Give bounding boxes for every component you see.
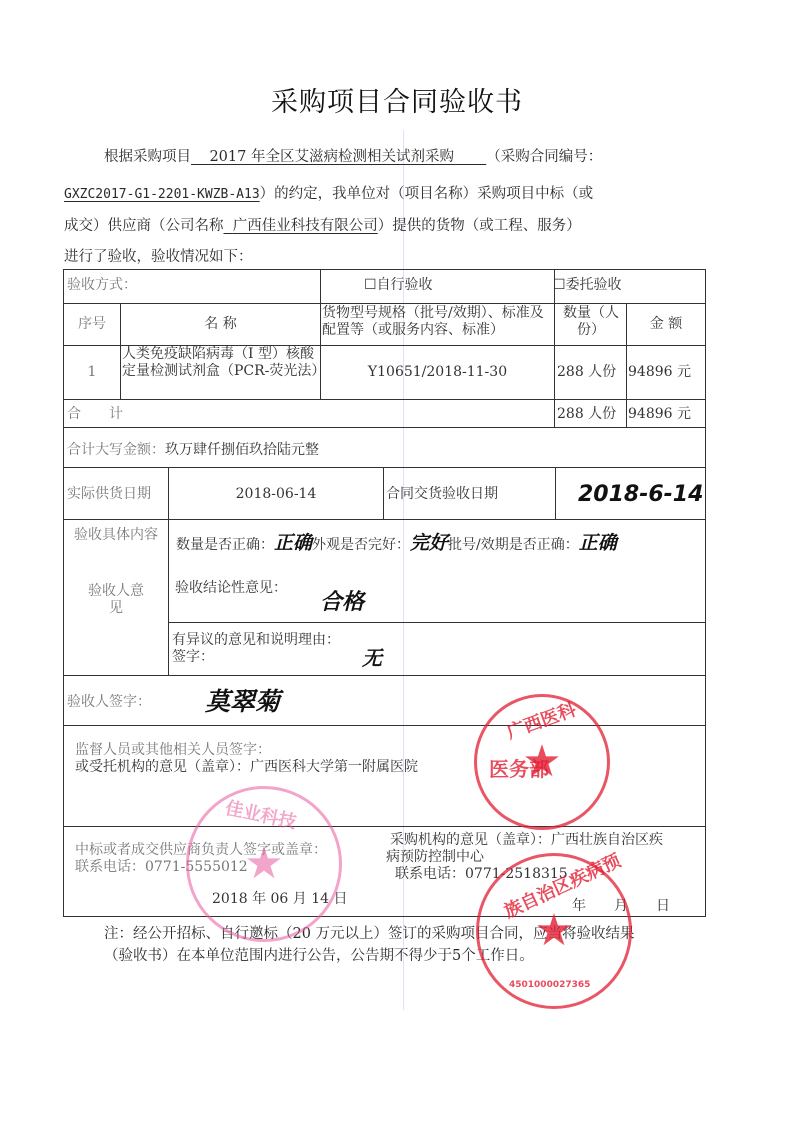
total-amount: 94896 元 <box>628 406 691 423</box>
quantity-check-value: 正确 <box>274 532 312 554</box>
option-self-acceptance[interactable]: ☐自行验收 <box>364 277 433 294</box>
intro-line-3: 成交）供应商（公司名称 广西佳业科技有限公司）提供的货物（或工程、服务） <box>64 214 581 235</box>
intro-line-1: 根据采购项目 2017 年全区艾滋病检测相关试剂采购 （采购合同编号： <box>104 145 602 166</box>
header-no: 序号 <box>64 316 120 333</box>
note-line-2: （验收书）在本单位范围内进行公告，公告期不得少于5个工作日。 <box>104 944 534 965</box>
star-icon: ★ <box>534 909 573 953</box>
inspector-signature: 莫翠菊 <box>205 687 280 717</box>
total-quantity: 288 人份 <box>557 406 616 423</box>
batch-check-value: 正确 <box>579 532 617 554</box>
objection-label: 有异议的意见和说明理由： <box>172 632 340 649</box>
star-icon: ★ <box>244 842 283 886</box>
supervisor-line-1: 监督人员或其他相关人员签字： <box>75 742 271 759</box>
checkbox-icon[interactable]: ☐ <box>364 277 377 293</box>
row-no: 1 <box>64 364 120 381</box>
cdc-stamp: ★ 族自治区疾病预 4501000027365 <box>476 853 632 1009</box>
header-amount: 金 额 <box>627 316 705 333</box>
row-name: 人类免疫缺陷病毒（I 型）核酸定量检测试剂盒（PCR-荧光法） <box>122 346 320 380</box>
details-label: 验收具体内容 <box>64 527 168 544</box>
option-entrusted-acceptance[interactable]: ☐委托验收 <box>553 277 622 294</box>
conclusion-label: 验收结论性意见： <box>175 580 287 597</box>
contract-acceptance-label: 合同交货验收日期 <box>386 486 498 503</box>
supplier-name: 广西佳业科技有限公司 <box>224 218 378 234</box>
header-spec: 货物型号规格（批号/效期）、标准及配置等（或服务内容、标准） <box>322 305 554 339</box>
conclusion-value: 合格 <box>320 590 364 616</box>
purchaser-opinion-line-2: 病预防控制中心 <box>386 849 484 866</box>
appearance-check-value: 完好 <box>410 532 448 554</box>
total-label: 合 计 <box>67 406 123 423</box>
contract-acceptance-date: 2018-6-14 <box>578 482 703 508</box>
supervisor-line-2: 或受托机构的意见（盖章）：广西医科大学第一附属医院 <box>75 759 418 776</box>
project-name: 2017 年全区艾滋病检测相关试剂采购 <box>191 149 486 165</box>
hospital-stamp: ★ 广西医科 医务部 <box>474 694 610 830</box>
details-content: 数量是否正确：正确外观是否完好：完好批号/效期是否正确：正确 <box>176 535 617 554</box>
actual-delivery-date: 2018-06-14 <box>169 486 383 503</box>
header-name: 名 称 <box>121 316 320 333</box>
intro-suffix: （采购合同编号： <box>486 149 602 165</box>
opinion-label: 验收人意见 <box>86 583 146 617</box>
total-in-words: 合计大写金额：玖万肆仟捌佰玖拾陆元整 <box>67 442 319 459</box>
intro-line-4: 进行了验收，验收情况如下： <box>64 245 253 266</box>
acceptance-method-label: 验收方式： <box>67 277 137 294</box>
row-spec: Y10651/2018-11-30 <box>321 364 554 381</box>
purchaser-opinion-line-1: 采购机构的意见（盖章）：广西壮族自治区疾 <box>390 832 663 849</box>
inspector-label: 验收人签字： <box>67 694 151 711</box>
page-title: 采购项目合同验收书 <box>0 80 794 119</box>
actual-delivery-label: 实际供货日期 <box>67 486 151 503</box>
objection-value: 无 <box>362 646 382 670</box>
row-quantity: 288 人份 <box>557 364 616 381</box>
supplier-stamp: ★ 佳业科技 <box>186 786 342 942</box>
row-amount: 94896 元 <box>628 364 691 381</box>
checkbox-icon[interactable]: ☐ <box>553 277 566 293</box>
header-quantity: 数量（人份） <box>556 305 626 339</box>
intro-prefix: 根据采购项目 <box>104 149 191 165</box>
intro-line-2: GXZC2017-G1-2201-KWZB-A13）的约定，我单位对（项目名称）… <box>64 182 593 203</box>
opinion-sign-label: 签字： <box>172 649 214 666</box>
contract-number: GXZC2017-G1-2201-KWZB-A13 <box>64 187 260 202</box>
